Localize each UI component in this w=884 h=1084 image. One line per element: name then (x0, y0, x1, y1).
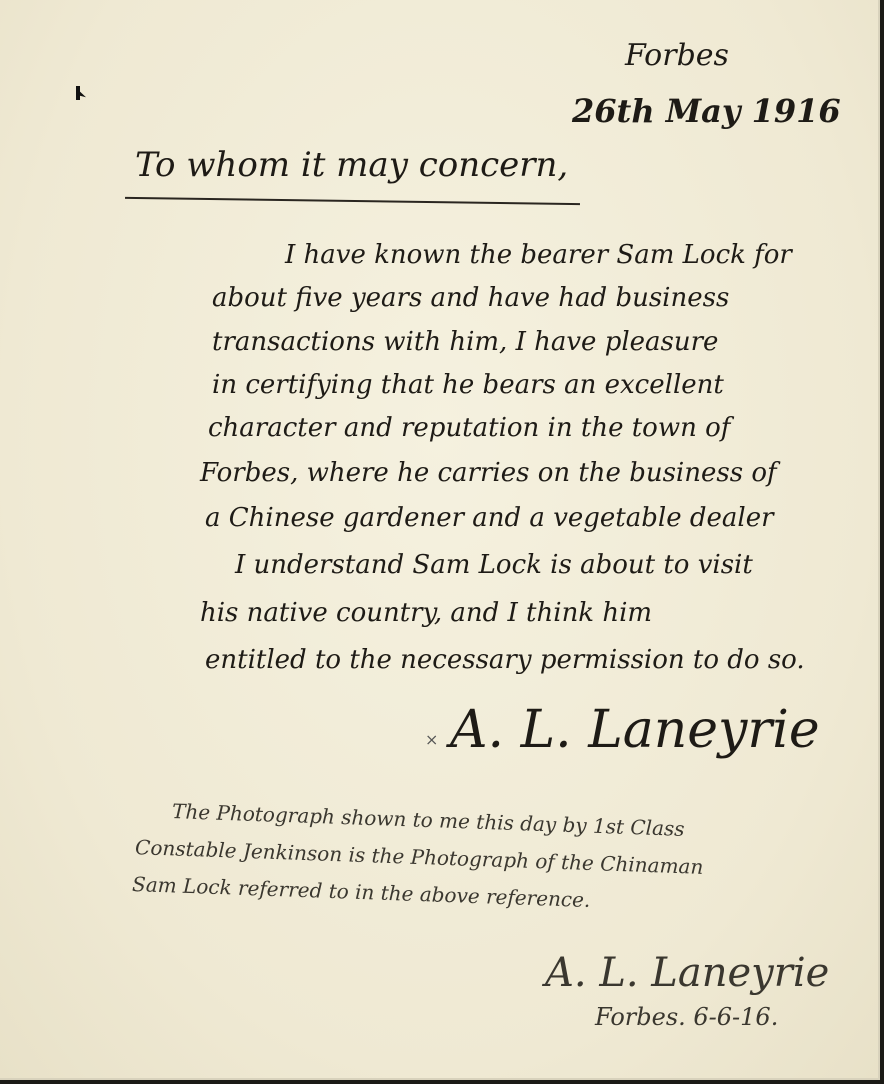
body-line: entitled to the necessary permission to … (205, 645, 805, 675)
body-line: about five years and have had business (212, 283, 729, 313)
postscript-signature: A. L. Laneyrie (545, 950, 829, 996)
body-line: his native country, and I think him (200, 598, 652, 628)
letter-date: 26th May 1916 (572, 92, 841, 130)
body-line: I understand Sam Lock is about to visit (235, 550, 753, 580)
postscript-date: Forbes. 6-6-16. (595, 1003, 778, 1031)
body-line: character and reputation in the town of (208, 413, 730, 443)
signature-mark: × (425, 730, 438, 749)
letter-place: Forbes (625, 38, 729, 73)
salutation: To whom it may concern, (135, 145, 568, 185)
letter-page: Forbes 26th May 1916 To whom it may conc… (0, 0, 880, 1080)
body-line: transactions with him, I have pleasure (212, 327, 718, 357)
body-line: in certifying that he bears an excellent (212, 370, 724, 400)
body-line: I have known the bearer Sam Lock for (285, 240, 792, 270)
body-line: a Chinese gardener and a vegetable deale… (205, 503, 774, 533)
signature: A. L. Laneyrie (450, 700, 820, 760)
postscript-line: The Photograph shown to me this day by 1… (172, 799, 685, 841)
ink-mark (76, 86, 86, 100)
postscript-line: Constable Jenkinson is the Photograph of… (135, 835, 704, 879)
salutation-underline (125, 197, 580, 205)
postscript-line: Sam Lock referred to in the above refere… (132, 872, 591, 912)
body-line: Forbes, where he carries on the business… (200, 458, 777, 488)
